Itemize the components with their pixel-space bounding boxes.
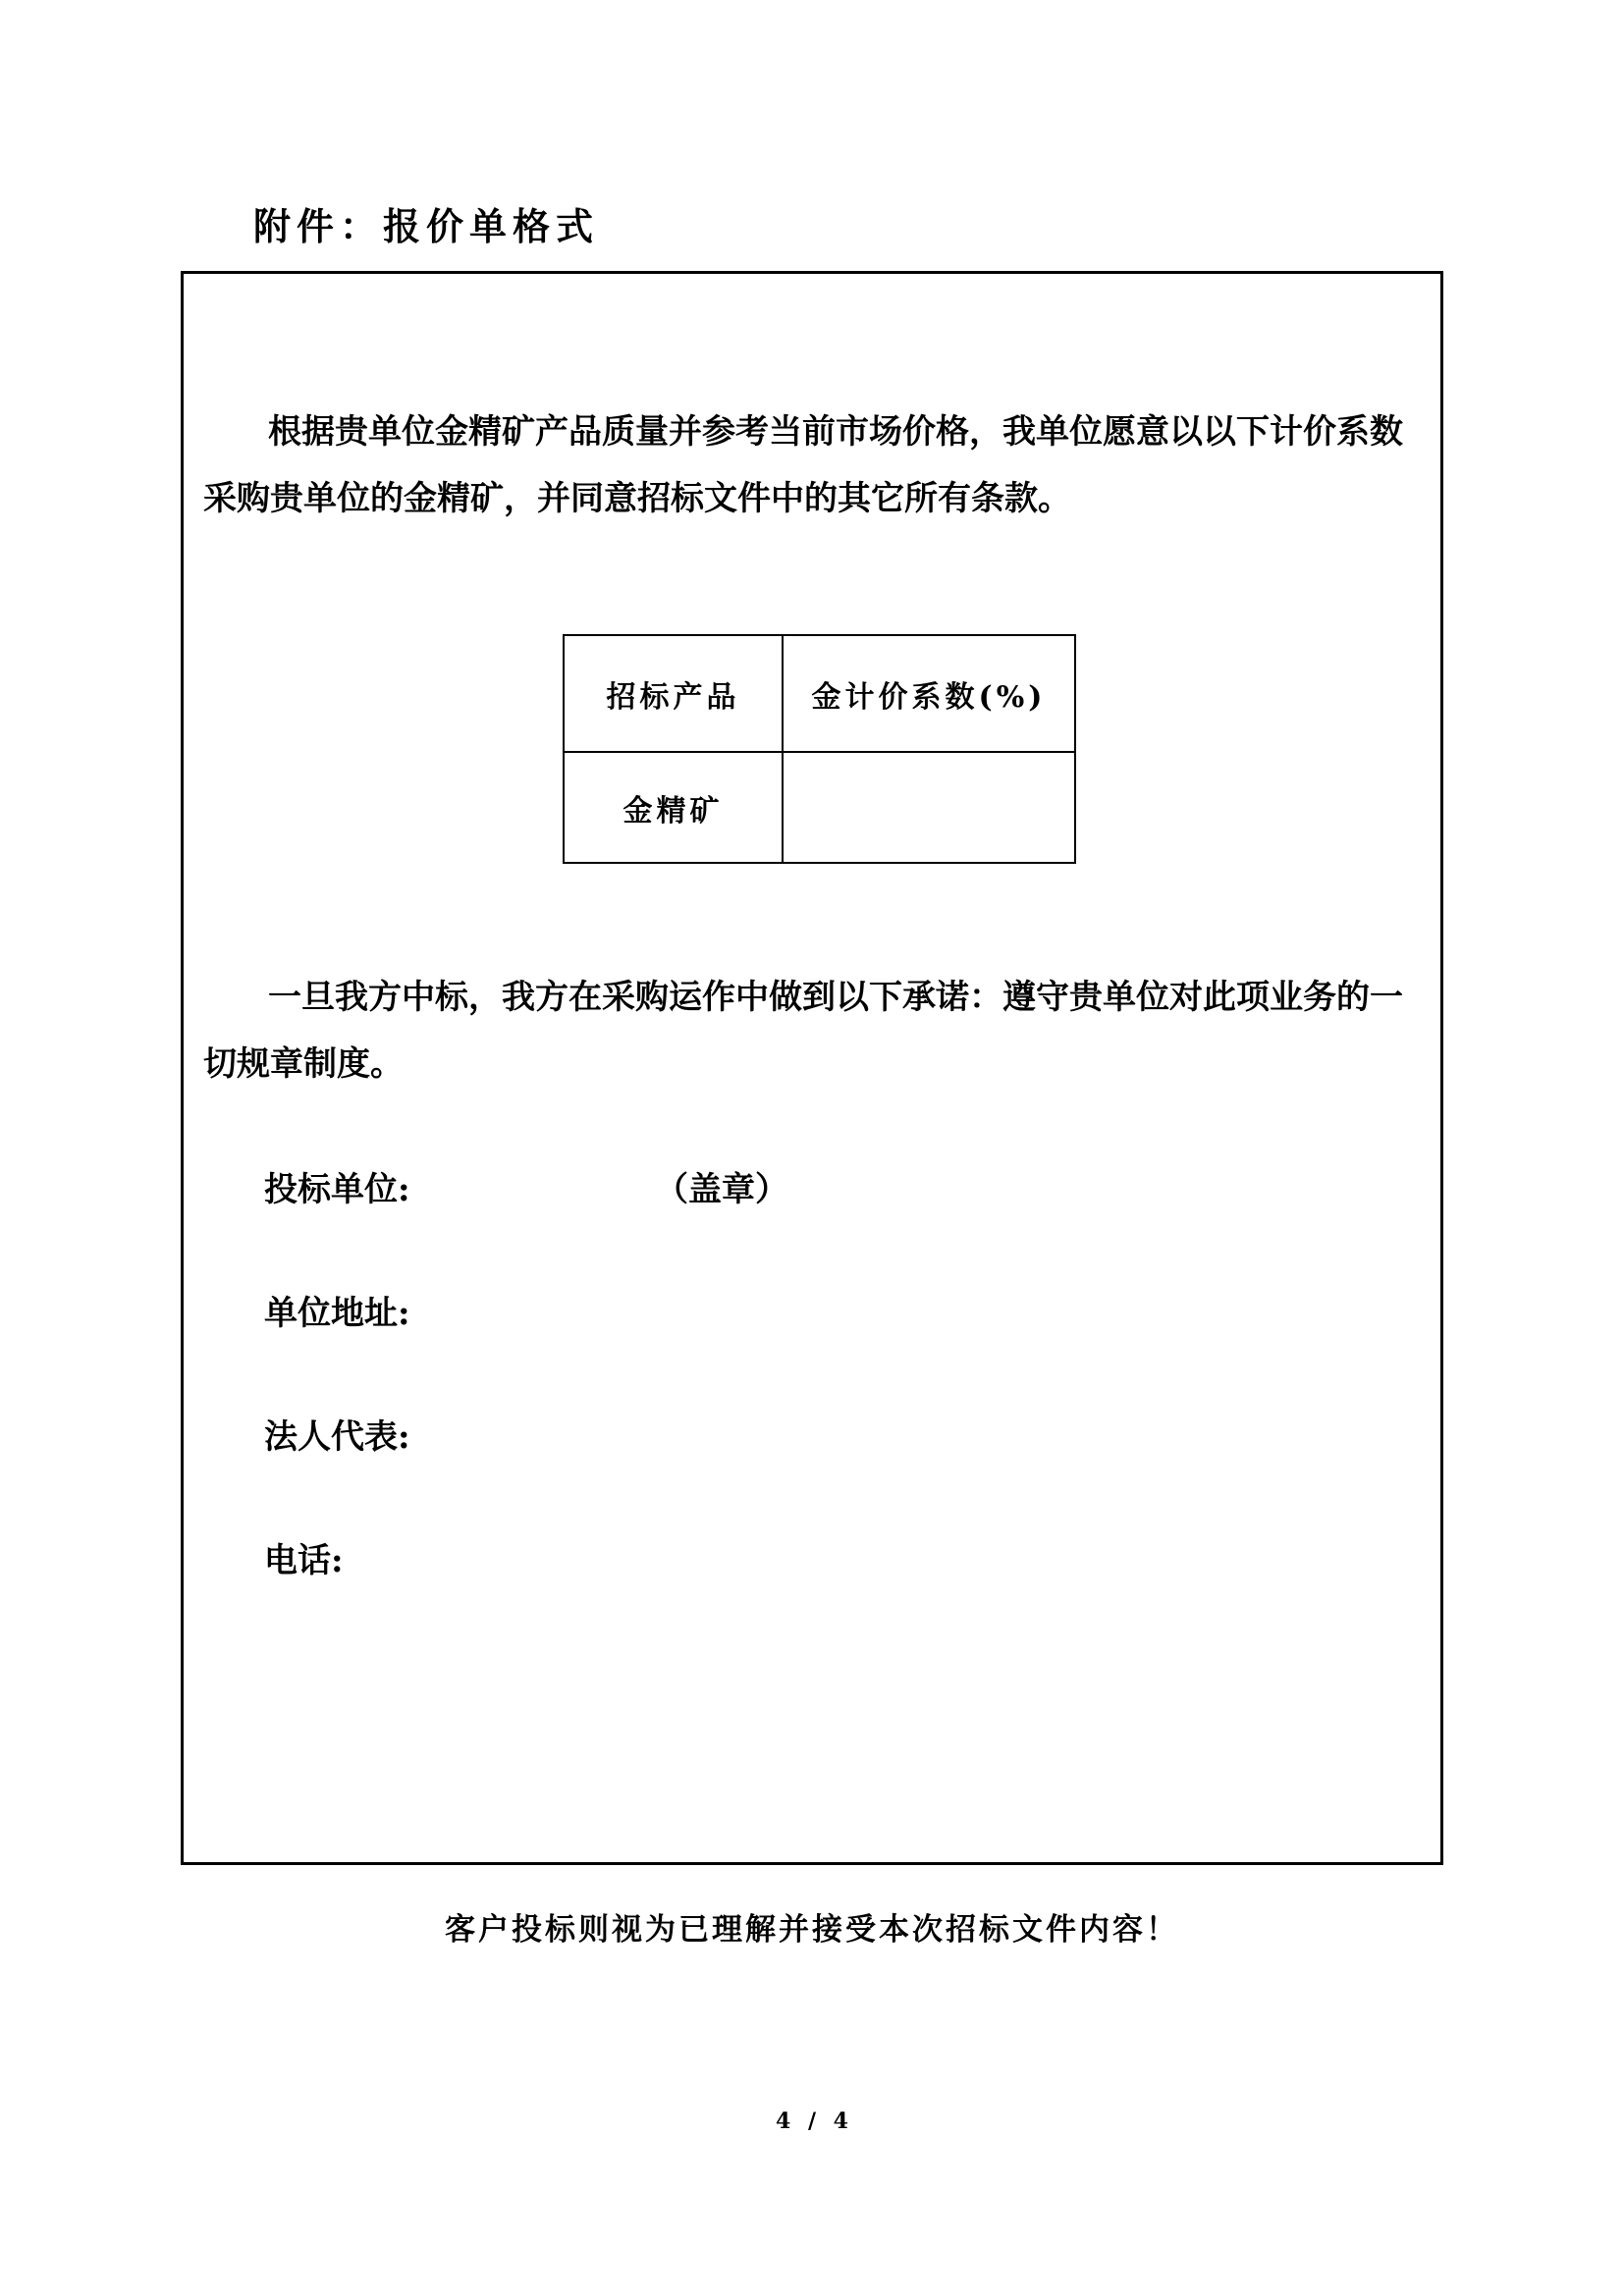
attachment-heading: 附件：报价单格式 (253, 196, 599, 250)
cell-coefficient-input[interactable] (783, 752, 1075, 863)
intro-paragraph: 根据贵单位金精矿产品质量并参考当前市场价格，我单位愿意以以下计价系数采购贵单位的… (203, 399, 1426, 532)
legal-rep-label: 法人代表: (264, 1410, 410, 1458)
address-label: 单位地址: (264, 1286, 410, 1334)
header-product: 招标产品 (564, 635, 783, 752)
cell-product: 金精矿 (564, 752, 783, 863)
page-number: 4 / 4 (0, 2109, 1624, 2134)
header-coefficient: 金计价系数(%) (783, 635, 1075, 752)
quote-table: 招标产品 金计价系数(%) 金精矿 (563, 634, 1076, 864)
seal-label: （盖章） (655, 1162, 788, 1210)
table-header-row: 招标产品 金计价系数(%) (564, 635, 1075, 752)
commitment-paragraph: 一旦我方中标，我方在采购运作中做到以下承诺：遵守贵单位对此项业务的一切规章制度。 (203, 964, 1426, 1097)
phone-label: 电话: (264, 1533, 344, 1581)
table-row: 金精矿 (564, 752, 1075, 863)
bidder-label: 投标单位: (264, 1162, 410, 1210)
acceptance-notice: 客户投标则视为已理解并接受本次招标文件内容！ (0, 1904, 1624, 1949)
quote-form-frame: 根据贵单位金精矿产品质量并参考当前市场价格，我单位愿意以以下计价系数采购贵单位的… (181, 271, 1443, 1865)
